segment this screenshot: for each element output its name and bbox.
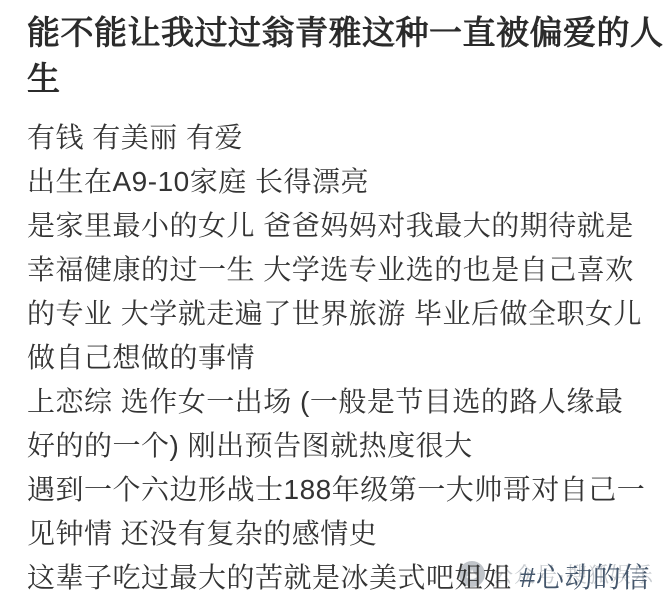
post-title: 能不能让我过过翁青雅这种一直被偏爱的人 生 (27, 10, 647, 102)
body-line: 好的的一个) 刚出预告图就热度很大 (27, 424, 657, 468)
body-line: 遇到一个六边形战士188年级第一大帅哥对自己一 (27, 468, 657, 512)
post-title-line: 能不能让我过过翁青雅这种一直被偏爱的人 (27, 10, 647, 56)
body-line: 做自己想做的事情 (27, 336, 657, 380)
body-line-last: 这辈子吃过最大的苦就是冰美式吧姐姐 #心动的信 (27, 556, 657, 600)
body-line: 幸福健康的过一生 大学选专业选的也是自己喜欢 (27, 248, 657, 292)
body-line: 的专业 大学就走遍了世界旅游 毕业后做全职女儿 (27, 292, 657, 336)
last-line-text: 这辈子吃过最大的苦就是冰美式吧姐姐 (27, 562, 520, 593)
body-line: 出生在A9-10家庭 长得漂亮 (27, 160, 657, 204)
hashtag-link[interactable]: #心动的信 (520, 562, 650, 593)
post-title-line: 生 (27, 56, 647, 102)
post-body: 有钱 有美丽 有爱 出生在A9-10家庭 长得漂亮 是家里最小的女儿 爸爸妈妈对… (27, 116, 657, 600)
body-line: 上恋综 选作女一出场 (一般是节目选的路人缘最 (27, 380, 657, 424)
body-line: 有钱 有美丽 有爱 (27, 116, 657, 160)
body-line: 见钟情 还没有复杂的感情史 (27, 512, 657, 556)
body-line: 是家里最小的女儿 爸爸妈妈对我最大的期待就是 (27, 204, 657, 248)
